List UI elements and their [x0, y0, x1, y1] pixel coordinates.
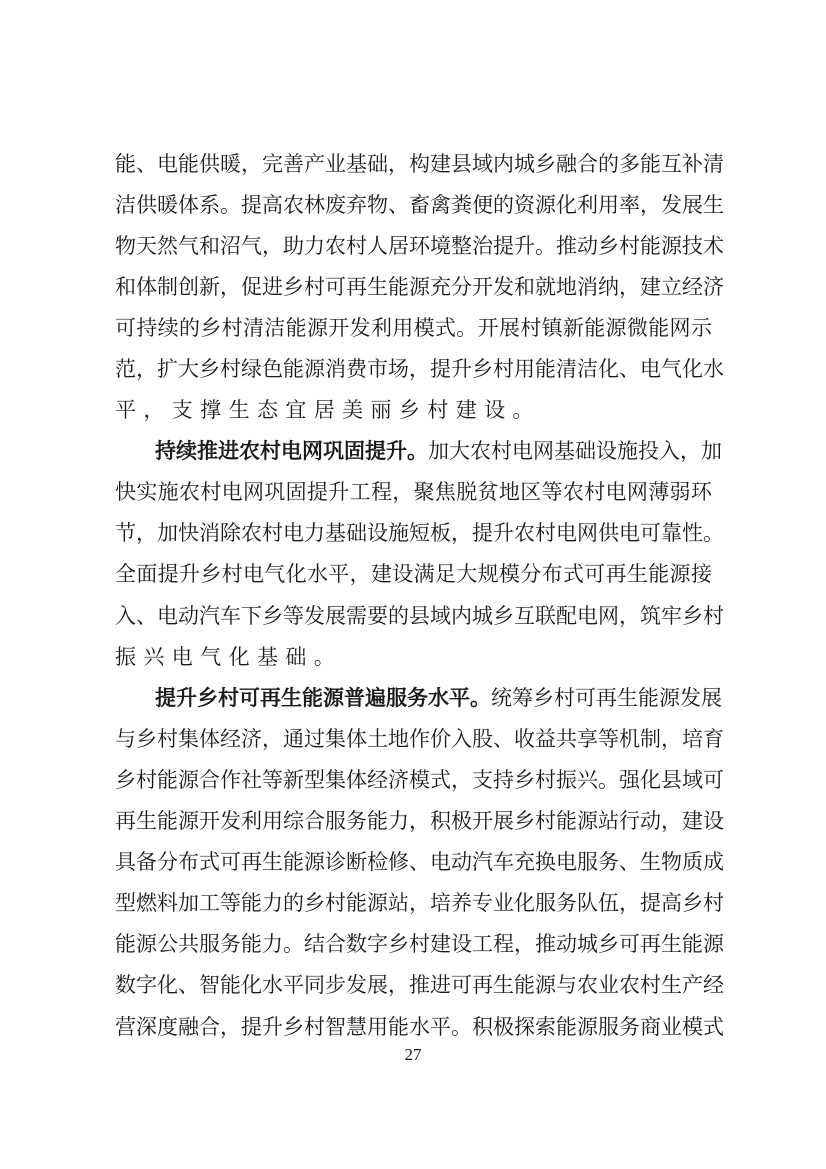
char: 城	[514, 149, 535, 179]
char: 能	[556, 1012, 577, 1042]
char: 能	[286, 313, 307, 343]
char: 化	[556, 190, 577, 220]
char: 示	[691, 313, 712, 343]
char: 电	[512, 436, 533, 466]
char: 持	[136, 313, 157, 343]
char: 营	[115, 1012, 136, 1042]
char: 洁	[115, 190, 136, 220]
bold-char: 可	[239, 683, 260, 713]
char: 基	[257, 642, 278, 672]
char: 源	[661, 231, 682, 261]
char: 电	[577, 601, 598, 631]
text-line: 与乡村集体经济，通过集体土地作价入股、收益共享等机制，培育	[115, 718, 712, 759]
char: 消	[577, 272, 598, 302]
text-line: 平，支撑生态宜居美丽乡村建设。	[115, 390, 712, 431]
char: 农	[514, 518, 535, 548]
char: 规	[478, 559, 499, 589]
char: 发	[350, 313, 371, 343]
char: 气	[241, 231, 262, 261]
char: 平	[430, 1012, 451, 1042]
bold-char: 源	[323, 683, 344, 713]
char: 能	[682, 929, 703, 959]
char: 商	[640, 1012, 661, 1042]
char: 宜	[285, 395, 306, 425]
char: 促	[241, 272, 262, 302]
char: 展	[701, 683, 722, 713]
char: 续	[158, 313, 179, 343]
char: 力	[262, 929, 283, 959]
char: 互	[514, 601, 535, 631]
char: 平	[283, 970, 304, 1000]
char: 节	[115, 518, 136, 548]
char: 程	[371, 477, 392, 507]
char: 业	[325, 149, 346, 179]
char: 服	[598, 1012, 619, 1042]
bold-char: 升	[176, 683, 197, 713]
char: 积	[430, 806, 451, 836]
char: 生	[367, 272, 388, 302]
char: 乡	[200, 559, 221, 589]
char: 乡	[598, 231, 619, 261]
char: 善	[283, 149, 304, 179]
char: 融	[556, 149, 577, 179]
char: 统	[491, 683, 512, 713]
char: 务	[619, 1012, 640, 1042]
text-line: 营深度融合，提升乡村智慧用能水平。积极探索能源服务商业模式	[115, 1006, 712, 1047]
bold-char: 农	[239, 436, 260, 466]
char: 天	[136, 231, 157, 261]
char: 济	[241, 724, 262, 754]
char: 能	[648, 559, 669, 589]
char: 能	[115, 929, 136, 959]
char: 升	[179, 559, 200, 589]
char: 清	[703, 149, 724, 179]
char: 开	[478, 313, 499, 343]
char: 靠	[661, 518, 682, 548]
char: 与	[115, 724, 136, 754]
char: 村	[304, 1012, 325, 1042]
bold-char: 村	[260, 436, 281, 466]
char: 分	[520, 559, 541, 589]
char: 再	[606, 559, 627, 589]
char: ，	[350, 559, 371, 589]
char: 农	[241, 518, 262, 548]
char: 推	[556, 231, 577, 261]
char: 料	[157, 888, 178, 918]
char: 供	[199, 149, 220, 179]
char: 等	[542, 477, 563, 507]
char: 的	[598, 149, 619, 179]
char: 能	[346, 888, 367, 918]
char: 入	[115, 601, 136, 631]
char: 大	[178, 354, 199, 384]
text-line: 振兴电气化基础。	[115, 636, 712, 677]
char: 。	[456, 313, 477, 343]
char: ，	[619, 272, 640, 302]
char: 全	[115, 559, 136, 589]
char: 然	[157, 231, 178, 261]
char: 平	[115, 395, 136, 425]
char: 开	[328, 313, 349, 343]
char: 巩	[264, 477, 285, 507]
char: 发	[680, 683, 701, 713]
bold-char: 普	[344, 683, 365, 713]
char: 修	[388, 847, 409, 877]
char: 振	[115, 642, 136, 672]
char: 快	[178, 518, 199, 548]
char: 农	[577, 970, 598, 1000]
char: 培	[430, 888, 451, 918]
char: 就	[535, 272, 556, 302]
char: 环	[691, 477, 712, 507]
char: 生	[136, 806, 157, 836]
char: 模	[414, 313, 435, 343]
char: 探	[514, 1012, 535, 1042]
char: 场	[388, 354, 409, 384]
char: 布	[178, 847, 199, 877]
char: 化	[241, 970, 262, 1000]
char: 乡	[283, 1012, 304, 1042]
char: 业	[661, 1012, 682, 1042]
char: 动	[178, 601, 199, 631]
char: 。	[703, 518, 724, 548]
char: 土	[367, 724, 388, 754]
char: 电	[619, 518, 640, 548]
char: 字	[367, 929, 388, 959]
char: 纳	[598, 272, 619, 302]
char: 的	[388, 601, 409, 631]
char: 范	[115, 354, 136, 384]
char: 模	[409, 765, 430, 795]
char: 筑	[640, 601, 661, 631]
char: 乡	[682, 601, 703, 631]
char: 加	[701, 436, 722, 466]
char: 。	[451, 1012, 472, 1042]
char: 入	[659, 436, 680, 466]
char: 化	[682, 354, 703, 384]
char: ，	[241, 149, 262, 179]
char: 发	[304, 601, 325, 631]
char: 动	[577, 231, 598, 261]
char: 电	[243, 559, 264, 589]
char: 式	[435, 313, 456, 343]
char: 振	[556, 765, 577, 795]
char: ，	[136, 518, 157, 548]
char: 村	[493, 354, 514, 384]
char: 村	[262, 518, 283, 548]
char: 村	[535, 806, 556, 836]
text-line: 乡村能源合作社等新型集体经济模式，支持乡村振兴。强化县域可	[115, 759, 712, 800]
char: ，	[451, 518, 472, 548]
char: 升	[328, 477, 349, 507]
char: 型	[304, 765, 325, 795]
char: 气	[178, 231, 199, 261]
char: 能	[648, 313, 669, 343]
bold-char: 升	[386, 436, 407, 466]
char: 用	[262, 806, 283, 836]
char: 助	[283, 231, 304, 261]
char: 施	[158, 477, 179, 507]
char: 焦	[435, 477, 456, 507]
page-number: 27	[0, 1045, 826, 1065]
char: 经	[682, 272, 703, 302]
char: 乡	[535, 149, 556, 179]
char: 工	[350, 477, 371, 507]
char: ，	[220, 272, 241, 302]
char: 具	[115, 847, 136, 877]
char: 弱	[670, 477, 691, 507]
paragraph-heading-line: 提升乡村可再生能源普遍服务水平。统筹乡村可再生能源发展	[115, 677, 712, 718]
char: 式	[430, 765, 451, 795]
char: 再	[115, 806, 136, 836]
char: 智	[199, 970, 220, 1000]
char: 能	[638, 683, 659, 713]
char: 建	[371, 559, 392, 589]
char: 体	[199, 724, 220, 754]
char: 能	[584, 313, 605, 343]
char: 展	[682, 190, 703, 220]
char: 深	[136, 1012, 157, 1042]
char: 居	[314, 395, 335, 425]
char: 作	[409, 724, 430, 754]
char: 的	[283, 888, 304, 918]
char: 设	[451, 929, 472, 959]
char: 。	[535, 231, 556, 261]
char: 新	[283, 765, 304, 795]
char: 再	[346, 272, 367, 302]
char: 步	[325, 970, 346, 1000]
char: 进	[262, 272, 283, 302]
char: 微	[627, 313, 648, 343]
char: 队	[577, 888, 598, 918]
char: 发	[346, 970, 367, 1000]
char: 发	[493, 272, 514, 302]
text-line: 入、电动汽车下乡等发展需要的县域内城乡互联配电网，筑牢乡村	[115, 595, 712, 636]
char: 立	[661, 272, 682, 302]
char: 物	[367, 190, 388, 220]
char: 济	[388, 765, 409, 795]
char: 村	[325, 888, 346, 918]
char: 能	[157, 765, 178, 795]
char: 布	[542, 559, 563, 589]
char: 加	[428, 436, 449, 466]
char: 等	[262, 765, 283, 795]
char: 废	[325, 190, 346, 220]
char: 合	[304, 806, 325, 836]
char: ，	[262, 724, 283, 754]
char: 高	[661, 888, 682, 918]
char: 气	[200, 642, 221, 672]
char: ，	[619, 888, 640, 918]
char: 生	[661, 970, 682, 1000]
char: 换	[535, 847, 556, 877]
char: 电	[283, 518, 304, 548]
char: 模	[499, 559, 520, 589]
char: 式	[199, 847, 220, 877]
char: 网	[243, 477, 264, 507]
char: 性	[682, 518, 703, 548]
char: 制	[640, 724, 661, 754]
char: 、	[136, 601, 157, 631]
bold-char: 提	[155, 683, 176, 713]
char: 固	[286, 477, 307, 507]
char: 动	[556, 929, 577, 959]
char: ，	[661, 724, 682, 754]
char: 育	[703, 724, 724, 754]
char: 地	[388, 724, 409, 754]
char: 化	[640, 765, 661, 795]
char: 系	[199, 190, 220, 220]
char: 务	[220, 929, 241, 959]
char: 享	[577, 724, 598, 754]
char: ，	[392, 477, 413, 507]
char: 补	[682, 149, 703, 179]
char: 持	[493, 765, 514, 795]
char: 式	[703, 1012, 724, 1042]
char: ，	[640, 190, 661, 220]
char: 禽	[430, 190, 451, 220]
char: ，	[388, 149, 409, 179]
char: 伍	[598, 888, 619, 918]
char: 城	[577, 929, 598, 959]
char: 提	[493, 231, 514, 261]
char: 电	[556, 847, 577, 877]
char: 。	[512, 395, 533, 425]
char: 乡	[399, 395, 420, 425]
char: 率	[619, 190, 640, 220]
char: 开	[472, 806, 493, 836]
char: 升	[514, 231, 535, 261]
char: 贫	[478, 477, 499, 507]
char: 县	[409, 601, 430, 631]
char: 等	[283, 601, 304, 631]
char: 绿	[241, 354, 262, 384]
char: 加	[157, 518, 178, 548]
char: 源	[659, 683, 680, 713]
char: 集	[325, 724, 346, 754]
char: ，	[409, 888, 430, 918]
char: 设	[392, 559, 413, 589]
char: 汽	[472, 847, 493, 877]
char: 能	[241, 888, 262, 918]
char: 术	[703, 231, 724, 261]
char: 地	[556, 272, 577, 302]
char: 大	[449, 436, 470, 466]
char: 化	[598, 354, 619, 384]
bold-char: 遍	[365, 683, 386, 713]
char: 能	[556, 806, 577, 836]
char: 能	[157, 806, 178, 836]
char: 乡	[388, 929, 409, 959]
char: 电	[606, 477, 627, 507]
char: 乡	[200, 313, 221, 343]
char: 和	[199, 231, 220, 261]
char: 互	[661, 149, 682, 179]
char: 加	[178, 888, 199, 918]
char: ，	[388, 970, 409, 1000]
char: 结	[304, 929, 325, 959]
char: ，	[661, 806, 682, 836]
char: 创	[178, 272, 199, 302]
char: 域	[682, 765, 703, 795]
char: 用	[598, 190, 619, 220]
char: 技	[682, 231, 703, 261]
char: 农	[619, 970, 640, 1000]
char: 化	[286, 559, 307, 589]
char: 、	[136, 149, 157, 179]
char: 支	[172, 395, 193, 425]
char: 字	[136, 970, 157, 1000]
char: 慧	[346, 1012, 367, 1042]
char: 极	[451, 806, 472, 836]
char: 础	[367, 149, 388, 179]
bold-char: 固	[344, 436, 365, 466]
char: 源	[670, 559, 691, 589]
char: 体	[346, 765, 367, 795]
char: 发	[661, 190, 682, 220]
char: 沼	[220, 231, 241, 261]
char: 能	[283, 354, 304, 384]
bold-char: 再	[260, 683, 281, 713]
char: 合	[325, 929, 346, 959]
char: 提	[158, 559, 179, 589]
char: 培	[682, 724, 703, 754]
char: 聚	[414, 477, 435, 507]
char: 价	[430, 724, 451, 754]
char: 村	[703, 888, 724, 918]
char: 基	[554, 436, 575, 466]
char: 筹	[512, 683, 533, 713]
char: 域	[472, 149, 493, 179]
char: 。	[220, 190, 241, 220]
char: 农	[470, 436, 491, 466]
char: 建	[430, 929, 451, 959]
bold-char: 网	[302, 436, 323, 466]
char: 乡	[533, 683, 554, 713]
char: 镇	[542, 313, 563, 343]
char: 推	[535, 929, 556, 959]
char: 用	[514, 354, 535, 384]
char: 数	[346, 929, 367, 959]
char: 作	[220, 765, 241, 795]
char: 县	[661, 765, 682, 795]
char: 能	[388, 1012, 409, 1042]
char: 体	[136, 272, 157, 302]
char: 接	[691, 559, 712, 589]
char: 、	[388, 190, 409, 220]
char: 源	[178, 765, 199, 795]
char: 可	[703, 765, 724, 795]
char: 清	[556, 354, 577, 384]
char: 撑	[200, 395, 221, 425]
text-line: 具备分布式可再生能源诊断检修、电动汽车充换电服务、生物质成	[115, 842, 712, 883]
char: 平	[328, 559, 349, 589]
char: ，	[409, 354, 430, 384]
bold-char: 平	[449, 683, 470, 713]
char: 消	[199, 518, 220, 548]
char: 动	[451, 847, 472, 877]
char: 费	[346, 354, 367, 384]
char: 产	[682, 970, 703, 1000]
char: 能	[241, 929, 262, 959]
char: 村	[200, 477, 221, 507]
char: 集	[178, 724, 199, 754]
char: 、	[619, 354, 640, 384]
char: 工	[472, 929, 493, 959]
char: 利	[241, 806, 262, 836]
char: 积	[472, 1012, 493, 1042]
char: 生	[703, 190, 724, 220]
